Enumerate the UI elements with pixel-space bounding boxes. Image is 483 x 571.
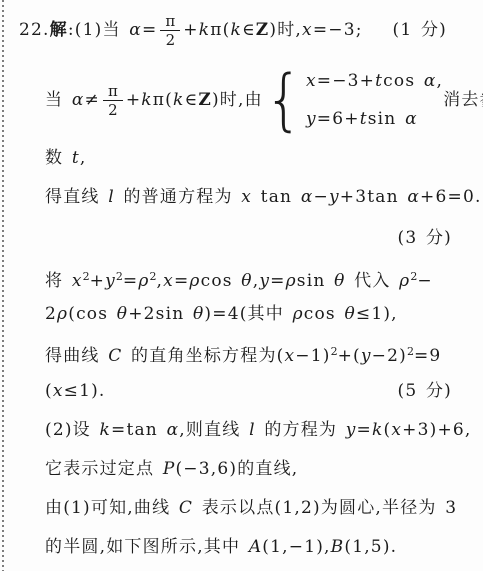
solution-line-3: 数 t, <box>45 146 455 170</box>
solution-line-1: 22.解:(1)当 α=π2+kπ(k∈Z)时,x=−3; (1 分) <box>19 8 447 52</box>
score-badge-5: (5 分) <box>398 379 452 403</box>
score-badge-3: (3 分) <box>398 228 452 248</box>
solution-line-8: 得曲线 C 的直角坐标方程为(x−1)2+(y−2)2=9 <box>45 340 455 368</box>
line13-text: 的半圆,如下图所示,其中 A(1,−1),B(1,5). <box>45 537 397 557</box>
system-row-x: x=−3+tcos α, <box>306 71 443 91</box>
left-brace-icon: { <box>265 66 303 133</box>
solution-line-2: 当 α≠π2+kπ(k∈Z)时,由 { x=−3+tcos α, y=6+tsi… <box>45 60 457 140</box>
solution-line-6: 将 x2+y2=ρ2,x=ρcos θ,y=ρsin θ 代入 ρ2− <box>45 265 455 293</box>
solution-line-5: (3 分) <box>45 226 452 250</box>
solution-line-7: 2ρ(cos θ+2sin θ)=4(其中 ρcos θ≤1), <box>45 302 455 326</box>
math-solution-document: 22.解:(1)当 α=π2+kπ(k∈Z)时,x=−3; (1 分) 当 α≠… <box>0 0 483 571</box>
line8-text: 得曲线 C 的直角坐标方程为(x−1)2+(y−2)2=9 <box>45 346 441 366</box>
system-rows: x=−3+tcos α, y=6+tsin α <box>306 71 443 129</box>
line1-text: 22.解:(1)当 α=π2+kπ(k∈Z)时,x=−3; <box>19 13 363 48</box>
parametric-equation-system: { x=−3+tcos α, y=6+tsin α <box>265 70 443 130</box>
solution-line-11: 它表示过定点 P(−3,6)的直线, <box>45 457 455 481</box>
line2-suffix: 消去参 <box>443 88 483 112</box>
line10-text: (2)设 k=tan α,则直线 l 的方程为 y=k(x+3)+6, <box>45 420 472 440</box>
solution-line-10: (2)设 k=tan α,则直线 l 的方程为 y=k(x+3)+6, <box>45 418 455 442</box>
score-badge-1: (1 分) <box>393 18 447 42</box>
line3-text: 数 t, <box>45 148 86 168</box>
line4-text: 得直线 l 的普通方程为 x tan α−y+3tan α+6=0. <box>45 187 482 207</box>
solution-line-4: 得直线 l 的普通方程为 x tan α−y+3tan α+6=0. <box>45 185 455 209</box>
solution-line-12: 由(1)可知,曲线 C 表示以点(1,2)为圆心,半径为 3 <box>45 496 455 520</box>
line7-text: 2ρ(cos θ+2sin θ)=4(其中 ρcos θ≤1), <box>45 304 398 324</box>
system-row-y: y=6+tsin α <box>306 109 443 129</box>
line2-prefix: 当 α≠π2+kπ(k∈Z)时,由 <box>45 83 263 118</box>
solution-line-9: (x≤1). (5 分) <box>45 379 452 403</box>
line9-text: (x≤1). <box>45 379 106 403</box>
solution-line-13: 的半圆,如下图所示,其中 A(1,−1),B(1,5). <box>45 535 455 559</box>
page-edge-perforation <box>2 0 4 571</box>
line6-text: 将 x2+y2=ρ2,x=ρcos θ,y=ρsin θ 代入 ρ2− <box>45 271 433 291</box>
line12-text: 由(1)可知,曲线 C 表示以点(1,2)为圆心,半径为 3 <box>45 498 457 518</box>
line11-text: 它表示过定点 P(−3,6)的直线, <box>45 459 298 479</box>
